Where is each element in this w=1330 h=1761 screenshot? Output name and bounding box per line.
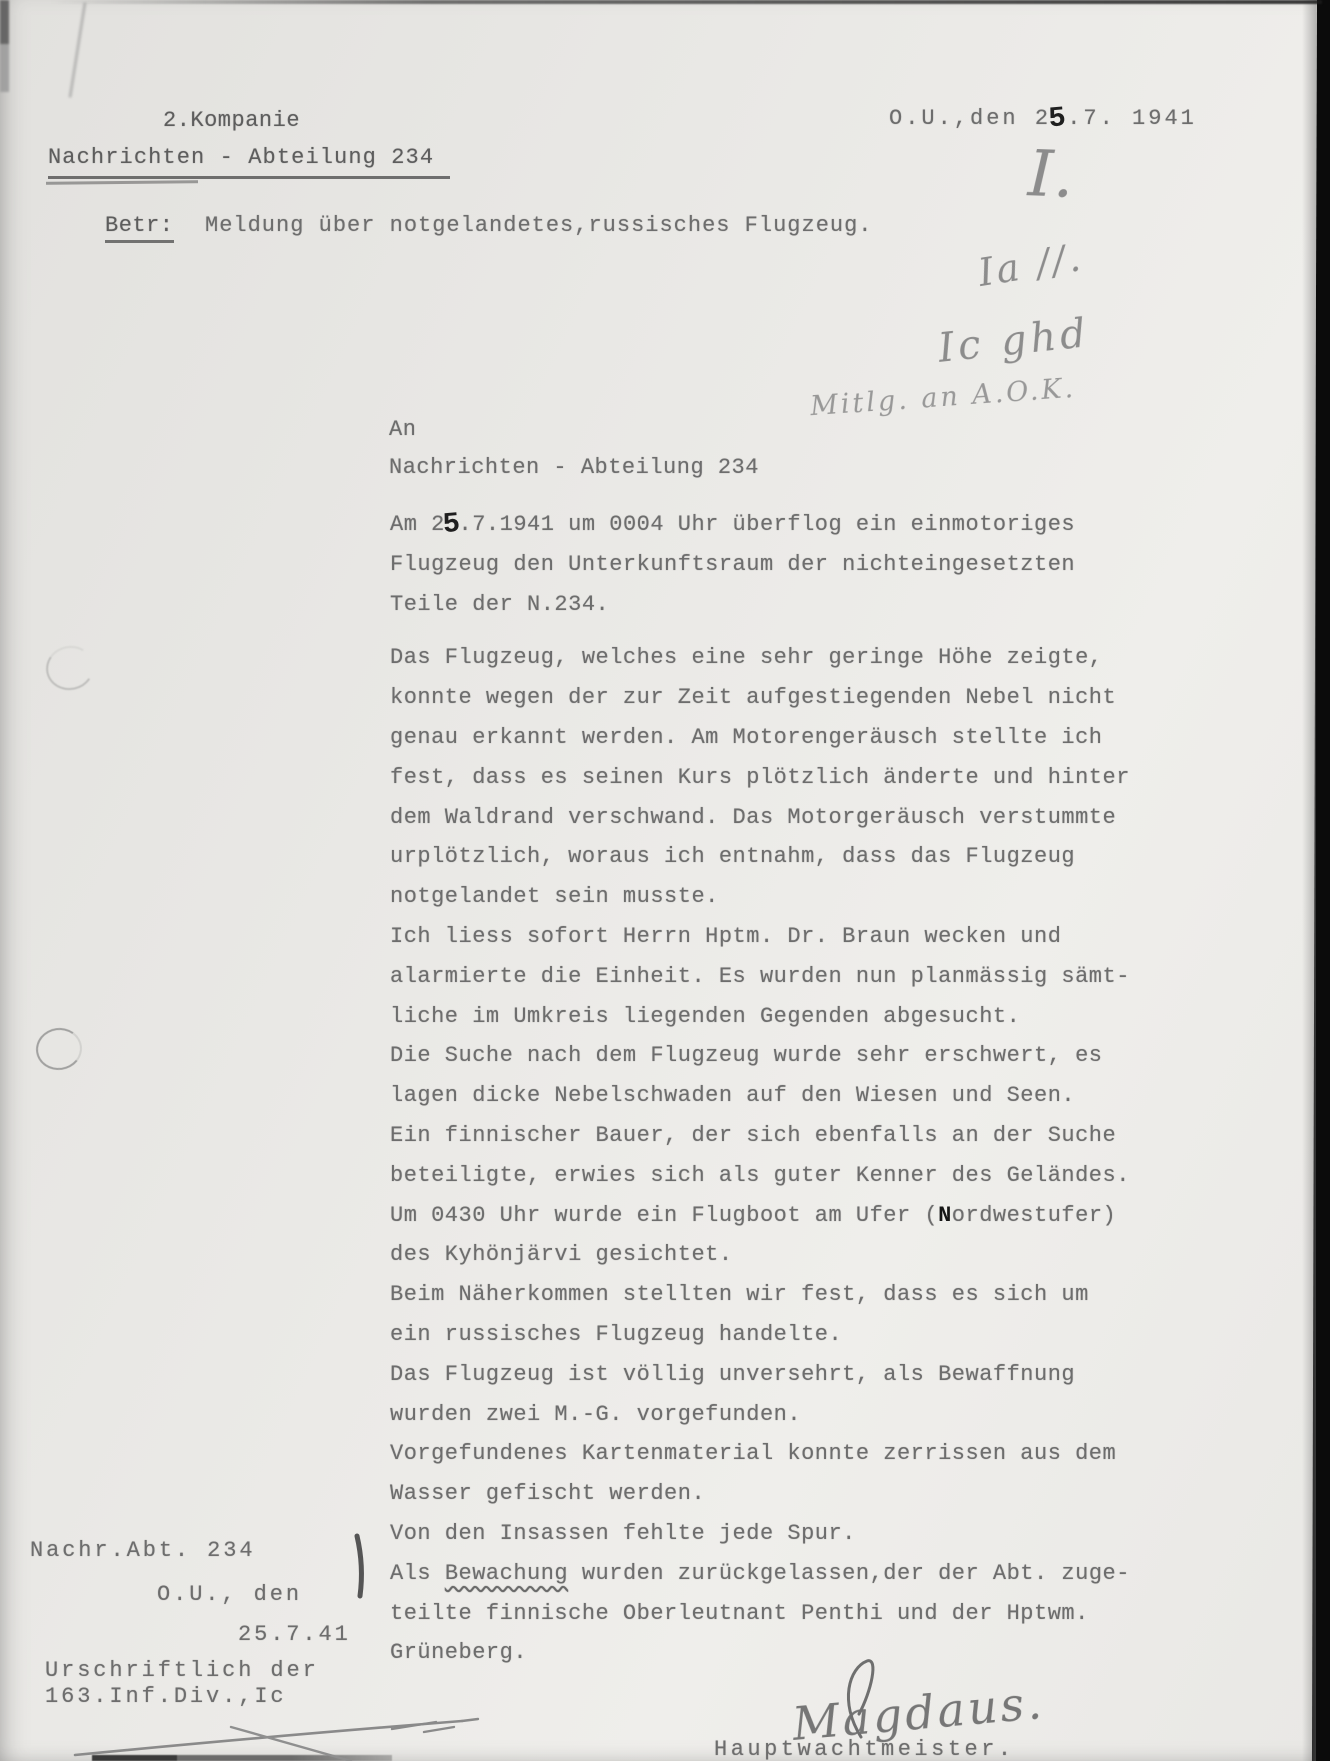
body-line: dem Waldrand verschwand. Das Motorgeräus… [390, 798, 1130, 838]
body-line: wurden zwei M.-G. vorgefunden. [390, 1395, 1130, 1435]
pencil-mark-aok-note: Mitlg. an A.O.K. [809, 373, 1077, 422]
body-line: Das Flugzeug ist völlig unversehrt, als … [390, 1355, 1130, 1395]
scanned-document-page: 2.Kompanie Nachrichten - Abteilung 234 O… [0, 0, 1330, 1761]
body-line: liche im Umkreis liegenden Gegenden abge… [390, 997, 1130, 1037]
body-line: Vorgefundenes Kartenmaterial konnte zerr… [390, 1434, 1130, 1474]
footer-place: O.U., den [157, 1582, 302, 1607]
scan-edge-bottom-left [92, 1755, 392, 1761]
typed-text: Am 2 [390, 512, 445, 537]
typed-text: O.U.,den 2 [889, 106, 1051, 131]
body-line: Um 0430 Uhr wurde ein Flugboot am Ufer (… [390, 1196, 1130, 1236]
body-line: teilte finnische Oberleutnant Penthi und… [390, 1594, 1130, 1634]
body-line: Wasser gefischt werden. [390, 1474, 1130, 1514]
date-line: O.U.,den 25.7. 1941 [889, 106, 1197, 131]
footer-unit: Nachr.Abt. 234 [30, 1538, 255, 1563]
body-line: Die Suche nach dem Flugzeug wurde sehr e… [390, 1036, 1130, 1076]
scan-edge-right-shadow [1302, 0, 1316, 1761]
typed-text: wurden zurückgelassen,der der Abt. zuge- [568, 1561, 1130, 1586]
overwritten-text: N [938, 1203, 952, 1228]
typed-text: Als [390, 1561, 445, 1586]
body-line: beteiligte, erwies sich als guter Kenner… [390, 1156, 1130, 1196]
body-line: Als Bewachung wurden zurückgelassen,der … [390, 1554, 1130, 1594]
body-line: ein russisches Flugzeug handelte. [390, 1315, 1130, 1355]
overwritten-text: 5 [441, 498, 463, 551]
punch-hole-top [42, 641, 98, 694]
body-line: notgelandet sein musste. [390, 877, 1130, 917]
overwritten-text: 5 [1047, 101, 1071, 135]
unit-double-underline [46, 180, 198, 185]
report-body: Am 25.7.1941 um 0004 Uhr überflog ein ei… [390, 505, 1130, 1673]
typed-text: Um 0430 Uhr wurde ein Flugboot am Ufer ( [390, 1203, 938, 1228]
typed-text: ordwestufer) [952, 1203, 1116, 1228]
punch-hole-bottom [33, 1025, 84, 1073]
body-line: konnte wegen der zur Zeit aufgestiegende… [390, 678, 1130, 718]
body-line: des Kyhönjärvi gesichtet. [390, 1235, 1130, 1275]
body-line: fest, dass es seinen Kurs plötzlich ände… [390, 758, 1130, 798]
body-line: Flugzeug den Unterkunftsraum der nichtei… [390, 545, 1130, 585]
body-line: Teile der N.234. [390, 585, 1130, 625]
recipient-an: An [389, 417, 416, 442]
footer-copy-line2: 163.Inf.Div.,Ic [45, 1684, 287, 1709]
unit-line: Nachrichten - Abteilung 234 [48, 145, 450, 179]
subject-text: Meldung über notgelandetes,russisches Fl… [205, 213, 873, 238]
typed-text: .7. 1941 [1067, 106, 1197, 131]
recipient-unit: Nachrichten - Abteilung 234 [389, 455, 759, 480]
footer-date: 25.7.41 [238, 1622, 351, 1647]
subject-label: Betr: [105, 213, 174, 243]
body-line: Ein finnischer Bauer, der sich ebenfalls… [390, 1116, 1130, 1156]
scan-corner-top-left [0, 0, 9, 92]
pencil-mark-ia: Ia //. [975, 235, 1086, 295]
typed-signature-title: Hauptwachtmeister. [714, 1737, 1015, 1761]
body-line: Ich liess sofort Herrn Hptm. Dr. Braun w… [390, 917, 1130, 957]
overwritten-text: Bewachung [445, 1561, 568, 1586]
body-line: Das Flugzeug, welches eine sehr geringe … [390, 638, 1130, 678]
company-line: 2.Kompanie [163, 108, 300, 133]
body-line: genau erkannt werden. Am Motorengeräusch… [390, 718, 1130, 758]
body-line: alarmierte die Einheit. Es wurden nun pl… [390, 957, 1130, 997]
scan-edge-top [50, 0, 1322, 4]
body-line: lagen dicke Nebelschwaden auf den Wiesen… [390, 1076, 1130, 1116]
body-line: Von den Insassen fehlte jede Spur. [390, 1514, 1130, 1554]
body-line: urplötzlich, woraus ich entnahm, dass da… [390, 837, 1130, 877]
body-line: Am 25.7.1941 um 0004 Uhr überflog ein ei… [390, 505, 1130, 545]
typed-text: .7.1941 um 0004 Uhr überflog ein einmoto… [459, 512, 1076, 537]
body-line: Beim Näherkommen stellten wir fest, dass… [390, 1275, 1130, 1315]
footer-copy-line1: Urschriftlich der [45, 1658, 319, 1683]
pencil-mark-roman-one: I. [1027, 137, 1075, 213]
pencil-mark-ic: Ic ghd [936, 310, 1092, 372]
body-line: Grüneberg. [390, 1633, 1130, 1673]
scan-streak-top-left [69, 2, 87, 97]
